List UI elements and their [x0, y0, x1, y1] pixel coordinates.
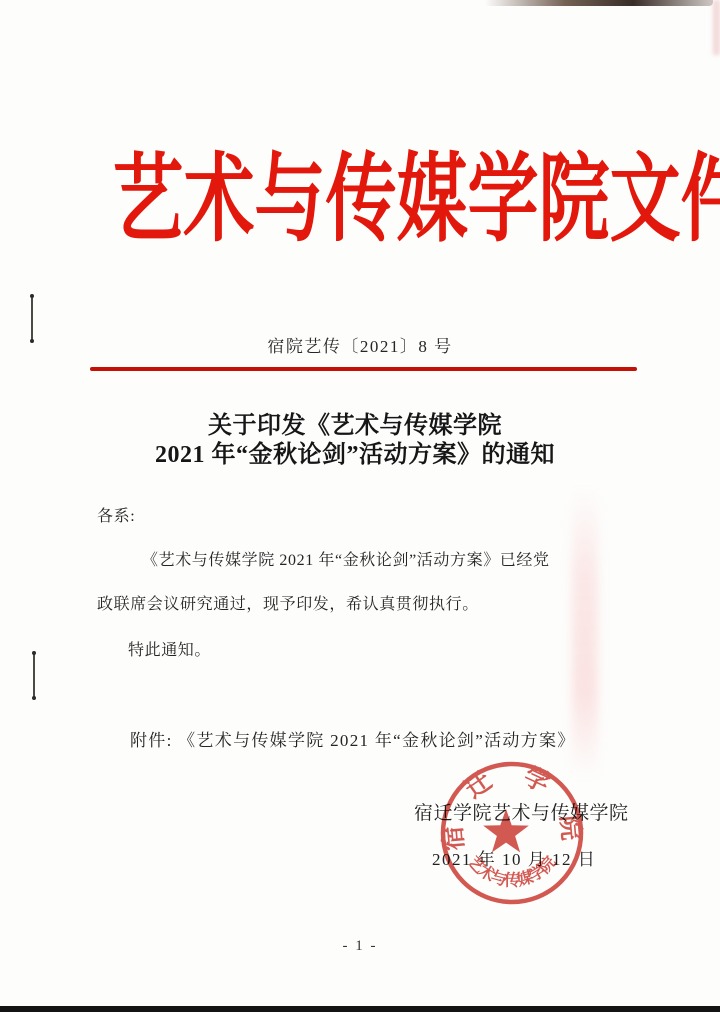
seal-bottom-text: 艺 术 与 传 媒 学 院 [465, 852, 560, 889]
svg-text:院: 院 [555, 814, 585, 841]
closing-line: 特此通知。 [128, 637, 211, 660]
scan-edge-bottom [0, 1006, 720, 1012]
scanned-document-page: 艺术与传媒学院文件 宿院艺传〔2021〕8 号 关于印发《艺术与传媒学院 202… [0, 0, 720, 1012]
notice-title-line1: 关于印发《艺术与传媒学院 [0, 412, 710, 441]
body-paragraph-line1: 《艺术与传媒学院 2021 年“金秋论剑”活动方案》已经党 [142, 547, 550, 570]
red-divider-rule [90, 367, 637, 371]
letterhead-title: 艺术与传媒学院文件 [0, 146, 720, 254]
notice-title: 关于印发《艺术与传媒学院 2021 年“金秋论剑”活动方案》的通知 [0, 412, 710, 470]
scan-smudge-top [485, 0, 713, 6]
salutation: 各系: [97, 503, 135, 526]
letterhead-title-text: 艺术与传媒学院文件 [112, 146, 720, 254]
staple-mark-lower [33, 653, 35, 698]
page-number: - 1 - [0, 938, 720, 955]
scan-edge-right [713, 0, 720, 55]
svg-text:学: 学 [519, 762, 554, 798]
notice-title-line2: 2021 年“金秋论剑”活动方案》的通知 [0, 441, 710, 470]
attachment-line: 附件: 《艺术与传媒学院 2021 年“金秋论剑”活动方案》 [130, 726, 576, 751]
star-icon [483, 809, 529, 852]
svg-text:迁: 迁 [460, 767, 497, 804]
official-seal: 宿 迁 学 院 艺 术 与 传 媒 学 院 [434, 755, 590, 911]
svg-text:宿: 宿 [439, 824, 469, 851]
document-number: 宿院艺传〔2021〕8 号 [0, 332, 720, 357]
body-paragraph-line2: 政联席会议研究通过，现予印发，希认真贯彻执行。 [97, 591, 479, 614]
